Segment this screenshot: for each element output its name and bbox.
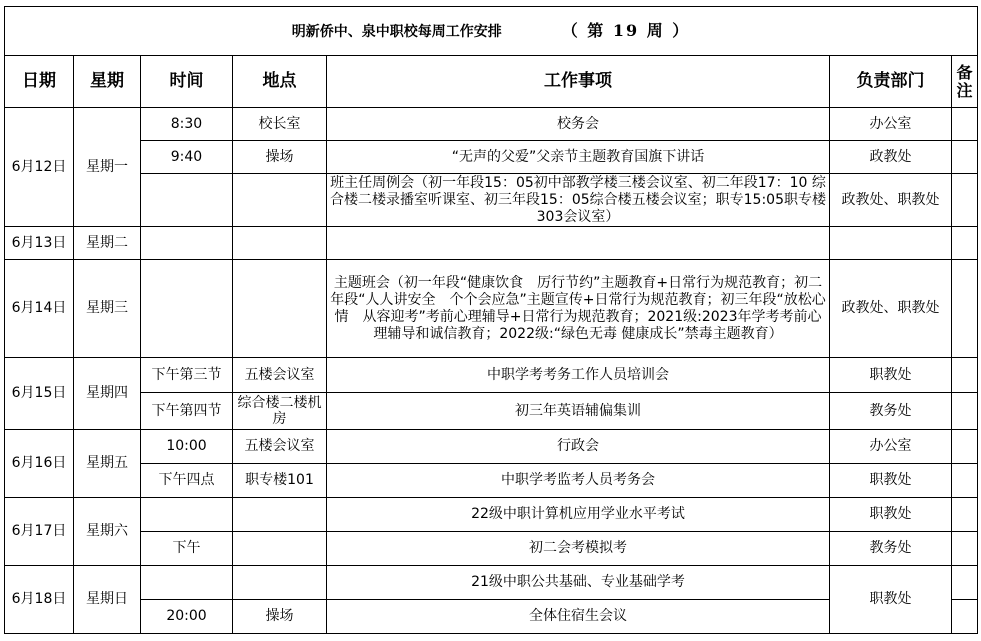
weekday-cell: 星期一	[74, 108, 141, 227]
table-row: 下午四点 职专楼101 中职学考监考人员考务会 职教处	[5, 464, 978, 498]
time-cell	[141, 498, 233, 532]
title-main: 明新侨中、泉中职校每周工作安排	[292, 24, 502, 40]
place-cell: 操场	[233, 141, 327, 174]
place-cell	[233, 227, 327, 260]
table-row: 6月14日 星期三 主题班会（初一年段“健康饮食 厉行节约”主题教育+日常行为规…	[5, 260, 978, 358]
place-cell	[233, 498, 327, 532]
note-cell	[952, 430, 978, 464]
note-cell	[952, 260, 978, 358]
place-cell	[233, 260, 327, 358]
item-cell	[327, 227, 830, 260]
note-cell	[952, 108, 978, 141]
place-cell: 五楼会议室	[233, 358, 327, 393]
item-cell: 班主任周例会（初一年段15：05初中部教学楼三楼会议室、初二年段17：10 综合…	[327, 174, 830, 227]
header-note: 备注	[952, 56, 978, 108]
note-cell	[952, 393, 978, 430]
header-weekday: 星期	[74, 56, 141, 108]
time-cell: 下午第四节	[141, 393, 233, 430]
header-place: 地点	[233, 56, 327, 108]
dept-cell: 办公室	[830, 108, 952, 141]
date-cell: 6月16日	[5, 430, 74, 498]
time-cell: 下午第三节	[141, 358, 233, 393]
table-row: 6月13日 星期二	[5, 227, 978, 260]
place-cell: 校长室	[233, 108, 327, 141]
place-cell	[233, 174, 327, 227]
time-cell: 9:40	[141, 141, 233, 174]
item-cell: 行政会	[327, 430, 830, 464]
note-cell	[952, 227, 978, 260]
item-cell: 初三年英语辅偏集训	[327, 393, 830, 430]
header-date: 日期	[5, 56, 74, 108]
note-cell	[952, 174, 978, 227]
item-cell: 校务会	[327, 108, 830, 141]
item-lead: 班主任周例会	[330, 175, 414, 191]
header-time: 时间	[141, 56, 233, 108]
title-week: （ 第 19 周 ）	[562, 21, 691, 40]
note-cell	[952, 532, 978, 566]
table-row: 下午 初二会考模拟考 教务处	[5, 532, 978, 566]
dept-cell: 政教处	[830, 141, 952, 174]
item-cell: 22级中职计算机应用学业水平考试	[327, 498, 830, 532]
table-row: 班主任周例会（初一年段15：05初中部教学楼三楼会议室、初二年段17：10 综合…	[5, 174, 978, 227]
header-dept: 负责部门	[830, 56, 952, 108]
header-item: 工作事项	[327, 56, 830, 108]
date-cell: 6月13日	[5, 227, 74, 260]
time-cell	[141, 566, 233, 600]
weekday-cell: 星期五	[74, 430, 141, 498]
note-cell	[952, 358, 978, 393]
dept-cell: 教务处	[830, 532, 952, 566]
time-cell	[141, 260, 233, 358]
table-row: 下午第四节 综合楼二楼机房 初三年英语辅偏集训 教务处	[5, 393, 978, 430]
dept-cell: 职教处	[830, 464, 952, 498]
place-cell	[233, 532, 327, 566]
dept-cell: 办公室	[830, 430, 952, 464]
dept-cell: 职教处	[830, 358, 952, 393]
time-cell	[141, 174, 233, 227]
note-cell	[952, 600, 978, 634]
place-cell: 综合楼二楼机房	[233, 393, 327, 430]
date-cell: 6月18日	[5, 566, 74, 634]
item-cell: 中职学考考务工作人员培训会	[327, 358, 830, 393]
weekday-cell: 星期三	[74, 260, 141, 358]
time-cell: 下午四点	[141, 464, 233, 498]
dept-cell: 职教处	[830, 498, 952, 532]
place-cell: 操场	[233, 600, 327, 634]
time-cell: 下午	[141, 532, 233, 566]
item-cell: “无声的父爱”父亲节主题教育国旗下讲话	[327, 141, 830, 174]
table-row: 6月18日 星期日 21级中职公共基础、专业基础学考 职教处	[5, 566, 978, 600]
time-cell	[141, 227, 233, 260]
dept-cell: 政教处、职教处	[830, 260, 952, 358]
weekly-schedule-table: 明新侨中、泉中职校每周工作安排（ 第 19 周 ） 日期 星期 时间 地点 工作…	[4, 6, 978, 634]
table-row: 9:40 操场 “无声的父爱”父亲节主题教育国旗下讲话 政教处	[5, 141, 978, 174]
table-row: 6月16日 星期五 10:00 五楼会议室 行政会 办公室	[5, 430, 978, 464]
table-row: 6月12日 星期一 8:30 校长室 校务会 办公室	[5, 108, 978, 141]
item-cell: 全体住宿生会议	[327, 600, 830, 634]
weekday-cell: 星期日	[74, 566, 141, 634]
item-cell: 21级中职公共基础、专业基础学考	[327, 566, 830, 600]
weekday-cell: 星期二	[74, 227, 141, 260]
note-cell	[952, 464, 978, 498]
place-cell: 职专楼101	[233, 464, 327, 498]
note-cell	[952, 498, 978, 532]
place-cell: 五楼会议室	[233, 430, 327, 464]
place-cell	[233, 566, 327, 600]
item-cell: 中职学考监考人员考务会	[327, 464, 830, 498]
dept-cell: 职教处	[830, 566, 952, 634]
header-row: 日期 星期 时间 地点 工作事项 负责部门 备注	[5, 56, 978, 108]
dept-cell	[830, 227, 952, 260]
date-cell: 6月15日	[5, 358, 74, 430]
schedule-title: 明新侨中、泉中职校每周工作安排（ 第 19 周 ）	[5, 7, 978, 56]
date-cell: 6月12日	[5, 108, 74, 227]
note-cell	[952, 141, 978, 174]
date-cell: 6月14日	[5, 260, 74, 358]
item-cell: 初二会考模拟考	[327, 532, 830, 566]
table-row: 6月15日 星期四 下午第三节 五楼会议室 中职学考考务工作人员培训会 职教处	[5, 358, 978, 393]
time-cell: 8:30	[141, 108, 233, 141]
dept-cell: 政教处、职教处	[830, 174, 952, 227]
dept-cell: 教务处	[830, 393, 952, 430]
time-cell: 10:00	[141, 430, 233, 464]
date-cell: 6月17日	[5, 498, 74, 566]
time-cell: 20:00	[141, 600, 233, 634]
weekday-cell: 星期四	[74, 358, 141, 430]
weekday-cell: 星期六	[74, 498, 141, 566]
item-cell: 主题班会（初一年段“健康饮食 厉行节约”主题教育+日常行为规范教育；初二年段“人…	[327, 260, 830, 358]
table-row: 6月17日 星期六 22级中职计算机应用学业水平考试 职教处	[5, 498, 978, 532]
note-cell	[952, 566, 978, 600]
